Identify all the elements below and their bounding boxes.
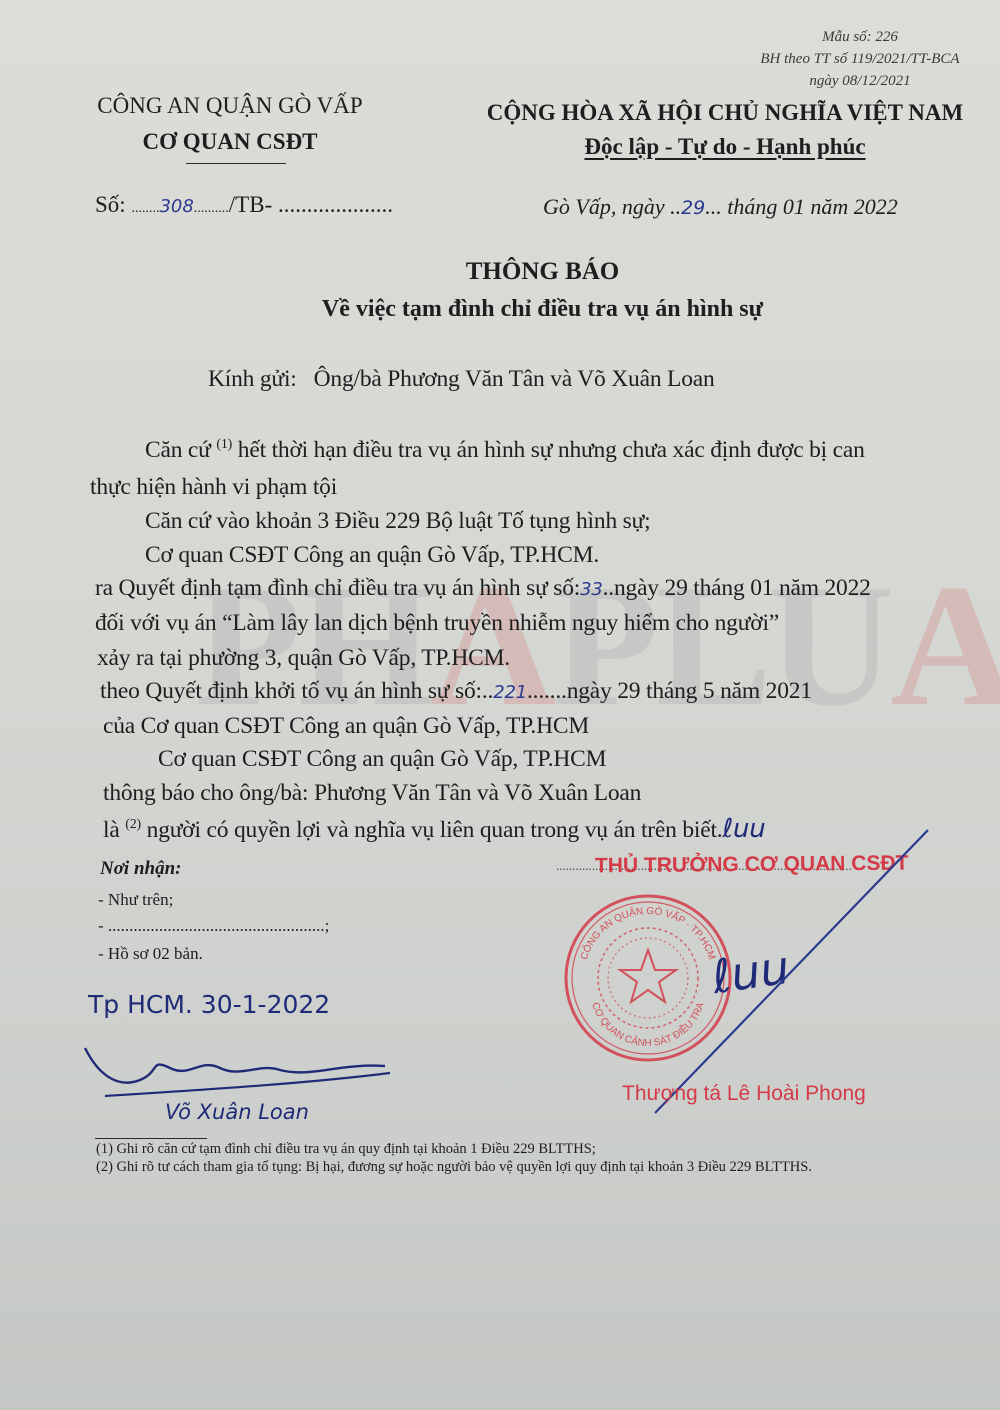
recipients-item-3: - Hồ sơ 02 bản. [98, 944, 203, 964]
acknowledgement-name: Võ Xuân Loan [165, 1100, 309, 1124]
form-reference: Mẫu số: 226 BH theo TT số 119/2021/TT-BC… [740, 26, 980, 92]
agency-underline [186, 163, 286, 164]
handwritten-prosecution-number: 221 [493, 682, 527, 703]
document-title: THÔNG BÁO [0, 258, 1000, 286]
footnote-ref-2: (2) [125, 817, 141, 832]
signer-signature: ℓuu [709, 940, 793, 1004]
agency-unit: CƠ QUAN CSĐT [80, 124, 380, 160]
initial-signature: ℓuu [722, 814, 765, 844]
recipient-line: Kính gửi: Ông/bà Phương Văn Tân và Võ Xu… [208, 366, 715, 393]
recipient-label: Kính gửi: [208, 366, 297, 392]
handwritten-day: 29 [681, 197, 705, 219]
form-number: Mẫu số: 226 [740, 26, 980, 48]
body-paragraph-6: xảy ra tại phường 3, quận Gò Vấp, TP.HCM… [97, 645, 510, 672]
footnote-1: (1) Ghi rõ căn cứ tạm đình chỉ điều tra … [96, 1141, 596, 1158]
recipients-heading: Nơi nhận: [100, 858, 181, 880]
handwritten-number: 308 [159, 196, 193, 217]
recipient-value: Ông/bà Phương Văn Tân và Võ Xuân Loan [314, 366, 715, 392]
agency-header: CÔNG AN QUẬN GÒ VẤP CƠ QUAN CSĐT [80, 88, 380, 160]
body-paragraph-1: Căn cứ (1) hết thời hạn điều tra vụ án h… [145, 437, 865, 464]
document-number: Số: ........308........../TB- ..........… [95, 192, 393, 218]
issue-date: Gò Vấp, ngày ..29... tháng 01 năm 2022 [543, 194, 898, 220]
recipients-item-1: - Như trên; [98, 890, 173, 910]
body-paragraph-3: Cơ quan CSĐT Công an quận Gò Vấp, TP.HCM… [145, 542, 599, 569]
body-paragraph-1-cont: thực hiện hành vi phạm tội [90, 474, 337, 501]
body-paragraph-2: Căn cứ vào khoản 3 Điều 229 Bộ luật Tố t… [145, 508, 650, 535]
handwritten-decision-number: 33 [580, 579, 603, 600]
acknowledgement-signature-icon [80, 1038, 400, 1108]
national-motto: CỘNG HÒA XÃ HỘI CHỦ NGHĨA VIỆT NAM Độc l… [480, 96, 970, 164]
document-subtitle: Về việc tạm đình chỉ điều tra vụ án hình… [0, 296, 1000, 323]
agency-name: CÔNG AN QUẬN GÒ VẤP [80, 88, 380, 124]
acknowledgement-place-date: Tp HCM. 30-1-2022 [88, 990, 330, 1019]
form-circular: BH theo TT số 119/2021/TT-BCA [740, 48, 980, 70]
body-paragraph-7: theo Quyết định khởi tố vụ án hình sự số… [100, 678, 812, 705]
body-paragraph-10: thông báo cho ông/bà: Phương Văn Tân và … [103, 780, 641, 807]
recipients-item-2: - ......................................… [98, 916, 329, 936]
form-date: ngày 08/12/2021 [740, 70, 980, 92]
footnote-ref-1: (1) [216, 437, 232, 452]
motto-slogan: Độc lập - Tự do - Hạnh phúc [480, 130, 970, 164]
body-paragraph-5: đối với vụ án “Làm lây lan dịch bệnh tru… [95, 610, 779, 637]
signer-name: Thượng tá Lê Hoài Phong [622, 1082, 866, 1106]
footnote-2: (2) Ghi rõ tư cách tham gia tố tụng: Bị … [96, 1159, 812, 1176]
body-paragraph-8: của Cơ quan CSĐT Công an quận Gò Vấp, TP… [103, 713, 589, 740]
motto-country: CỘNG HÒA XÃ HỘI CHỦ NGHĨA VIỆT NAM [480, 96, 970, 130]
body-paragraph-9: Cơ quan CSĐT Công an quận Gò Vấp, TP.HCM [158, 746, 606, 773]
body-paragraph-11: là (2) người có quyền lợi và nghĩa vụ li… [103, 814, 766, 844]
footnote-divider [95, 1138, 207, 1139]
official-seal-icon: CÔNG AN QUẬN GÒ VẤP · TP.HCM CƠ QUAN CẢN… [562, 892, 734, 1064]
signer-position-stamp: THỦ TRƯỞNG CƠ QUAN CSĐT [595, 852, 909, 879]
body-paragraph-4: ra Quyết định tạm đình chỉ điều tra vụ á… [95, 575, 871, 602]
